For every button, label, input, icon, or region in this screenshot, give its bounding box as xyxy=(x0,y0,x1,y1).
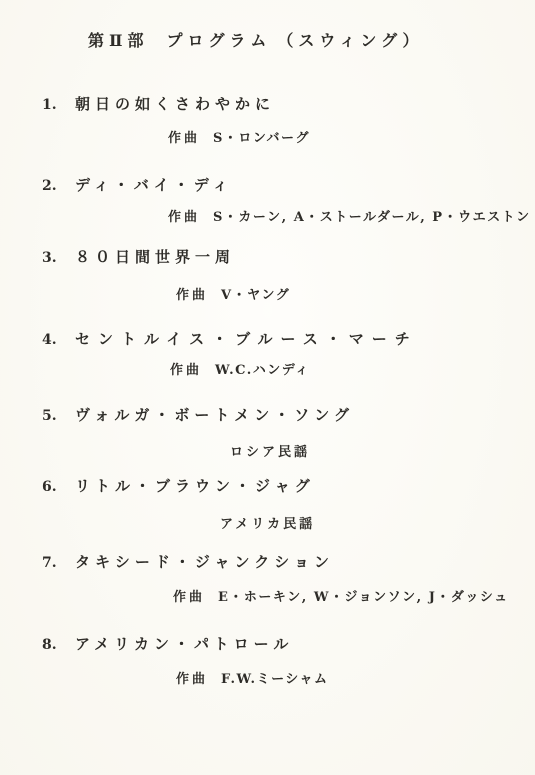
song-number: 8. xyxy=(42,637,75,653)
song-number: 2. xyxy=(42,178,75,194)
credit-label: 作曲 xyxy=(168,131,200,146)
song-row-1: 1.朝日の如くさわやかに xyxy=(42,93,275,114)
song-row-6: 6.リトル・ブラウン・ジャグ xyxy=(42,475,315,496)
credit-label: 作曲 xyxy=(173,590,205,605)
program-subtitle: （スウィング） xyxy=(277,31,423,50)
song-title: タキシード・ジャンクション xyxy=(75,553,334,571)
program-label: プログラム xyxy=(167,31,272,50)
song-credit-4: 作曲W.C.ハンディ xyxy=(170,359,310,378)
song-credit-3: 作曲V・ヤング xyxy=(176,284,290,303)
song-row-8: 8.アメリカン・パトロール xyxy=(42,633,293,654)
credit-label: 作曲 xyxy=(168,210,200,225)
song-row-7: 7.タキシード・ジャンクション xyxy=(42,551,334,572)
song-number: 5. xyxy=(42,408,75,424)
song-title: 朝日の如くさわやかに xyxy=(75,95,275,113)
song-number: 3. xyxy=(42,250,75,266)
song-credit-7: 作曲E・ホーキン, W・ジョンソン, J・ダッシュ xyxy=(173,586,509,605)
song-row-4: 4.セントルイス・ブルース・マーチ xyxy=(42,328,418,349)
credit-names: アメリカ民謡 xyxy=(220,517,315,532)
credit-label: 作曲 xyxy=(170,363,202,378)
song-number: 6. xyxy=(42,479,75,495)
song-row-5: 5.ヴォルガ・ボートメン・ソング xyxy=(42,404,354,425)
song-title: セントルイス・ブルース・マーチ xyxy=(75,330,418,348)
song-credit-8: 作曲F.W.ミーシャム xyxy=(176,668,329,687)
song-row-3: 3.８０日間世界一周 xyxy=(42,246,235,267)
song-title: アメリカン・パトロール xyxy=(75,635,293,653)
credit-names: F.W.ミーシャム xyxy=(221,672,329,687)
credit-names: V・ヤング xyxy=(221,288,290,303)
credit-names: W.C.ハンディ xyxy=(215,363,310,378)
song-title: ディ・バイ・ディ xyxy=(75,176,233,194)
page-title: 第Ⅱ部プログラム（スウィング） xyxy=(88,28,424,51)
credit-names: S・カーン, A・ストールダール, P・ウエストン xyxy=(213,210,531,225)
song-number: 7. xyxy=(42,555,75,571)
song-title: リトル・ブラウン・ジャグ xyxy=(75,477,315,495)
program-page: 第Ⅱ部プログラム（スウィング） 1.朝日の如くさわやかに 作曲S・ロンバーグ 2… xyxy=(0,0,535,775)
song-row-2: 2.ディ・バイ・ディ xyxy=(42,174,233,195)
credit-names: E・ホーキン, W・ジョンソン, J・ダッシュ xyxy=(218,590,509,605)
credit-names: ロシア民謡 xyxy=(230,445,310,460)
song-title: ヴォルガ・ボートメン・ソング xyxy=(75,406,354,424)
song-credit-6: アメリカ民謡 xyxy=(220,513,315,532)
song-number: 4. xyxy=(42,332,75,348)
credit-label: 作曲 xyxy=(176,288,208,303)
song-number: 1. xyxy=(42,97,75,113)
song-credit-5: ロシア民謡 xyxy=(230,441,310,460)
song-credit-2: 作曲S・カーン, A・ストールダール, P・ウエストン xyxy=(168,206,531,225)
song-credit-1: 作曲S・ロンバーグ xyxy=(168,127,310,146)
credit-names: S・ロンバーグ xyxy=(213,131,310,146)
credit-label: 作曲 xyxy=(176,672,208,687)
song-title: ８０日間世界一周 xyxy=(75,248,235,266)
part-label: 第Ⅱ部 xyxy=(88,31,149,50)
